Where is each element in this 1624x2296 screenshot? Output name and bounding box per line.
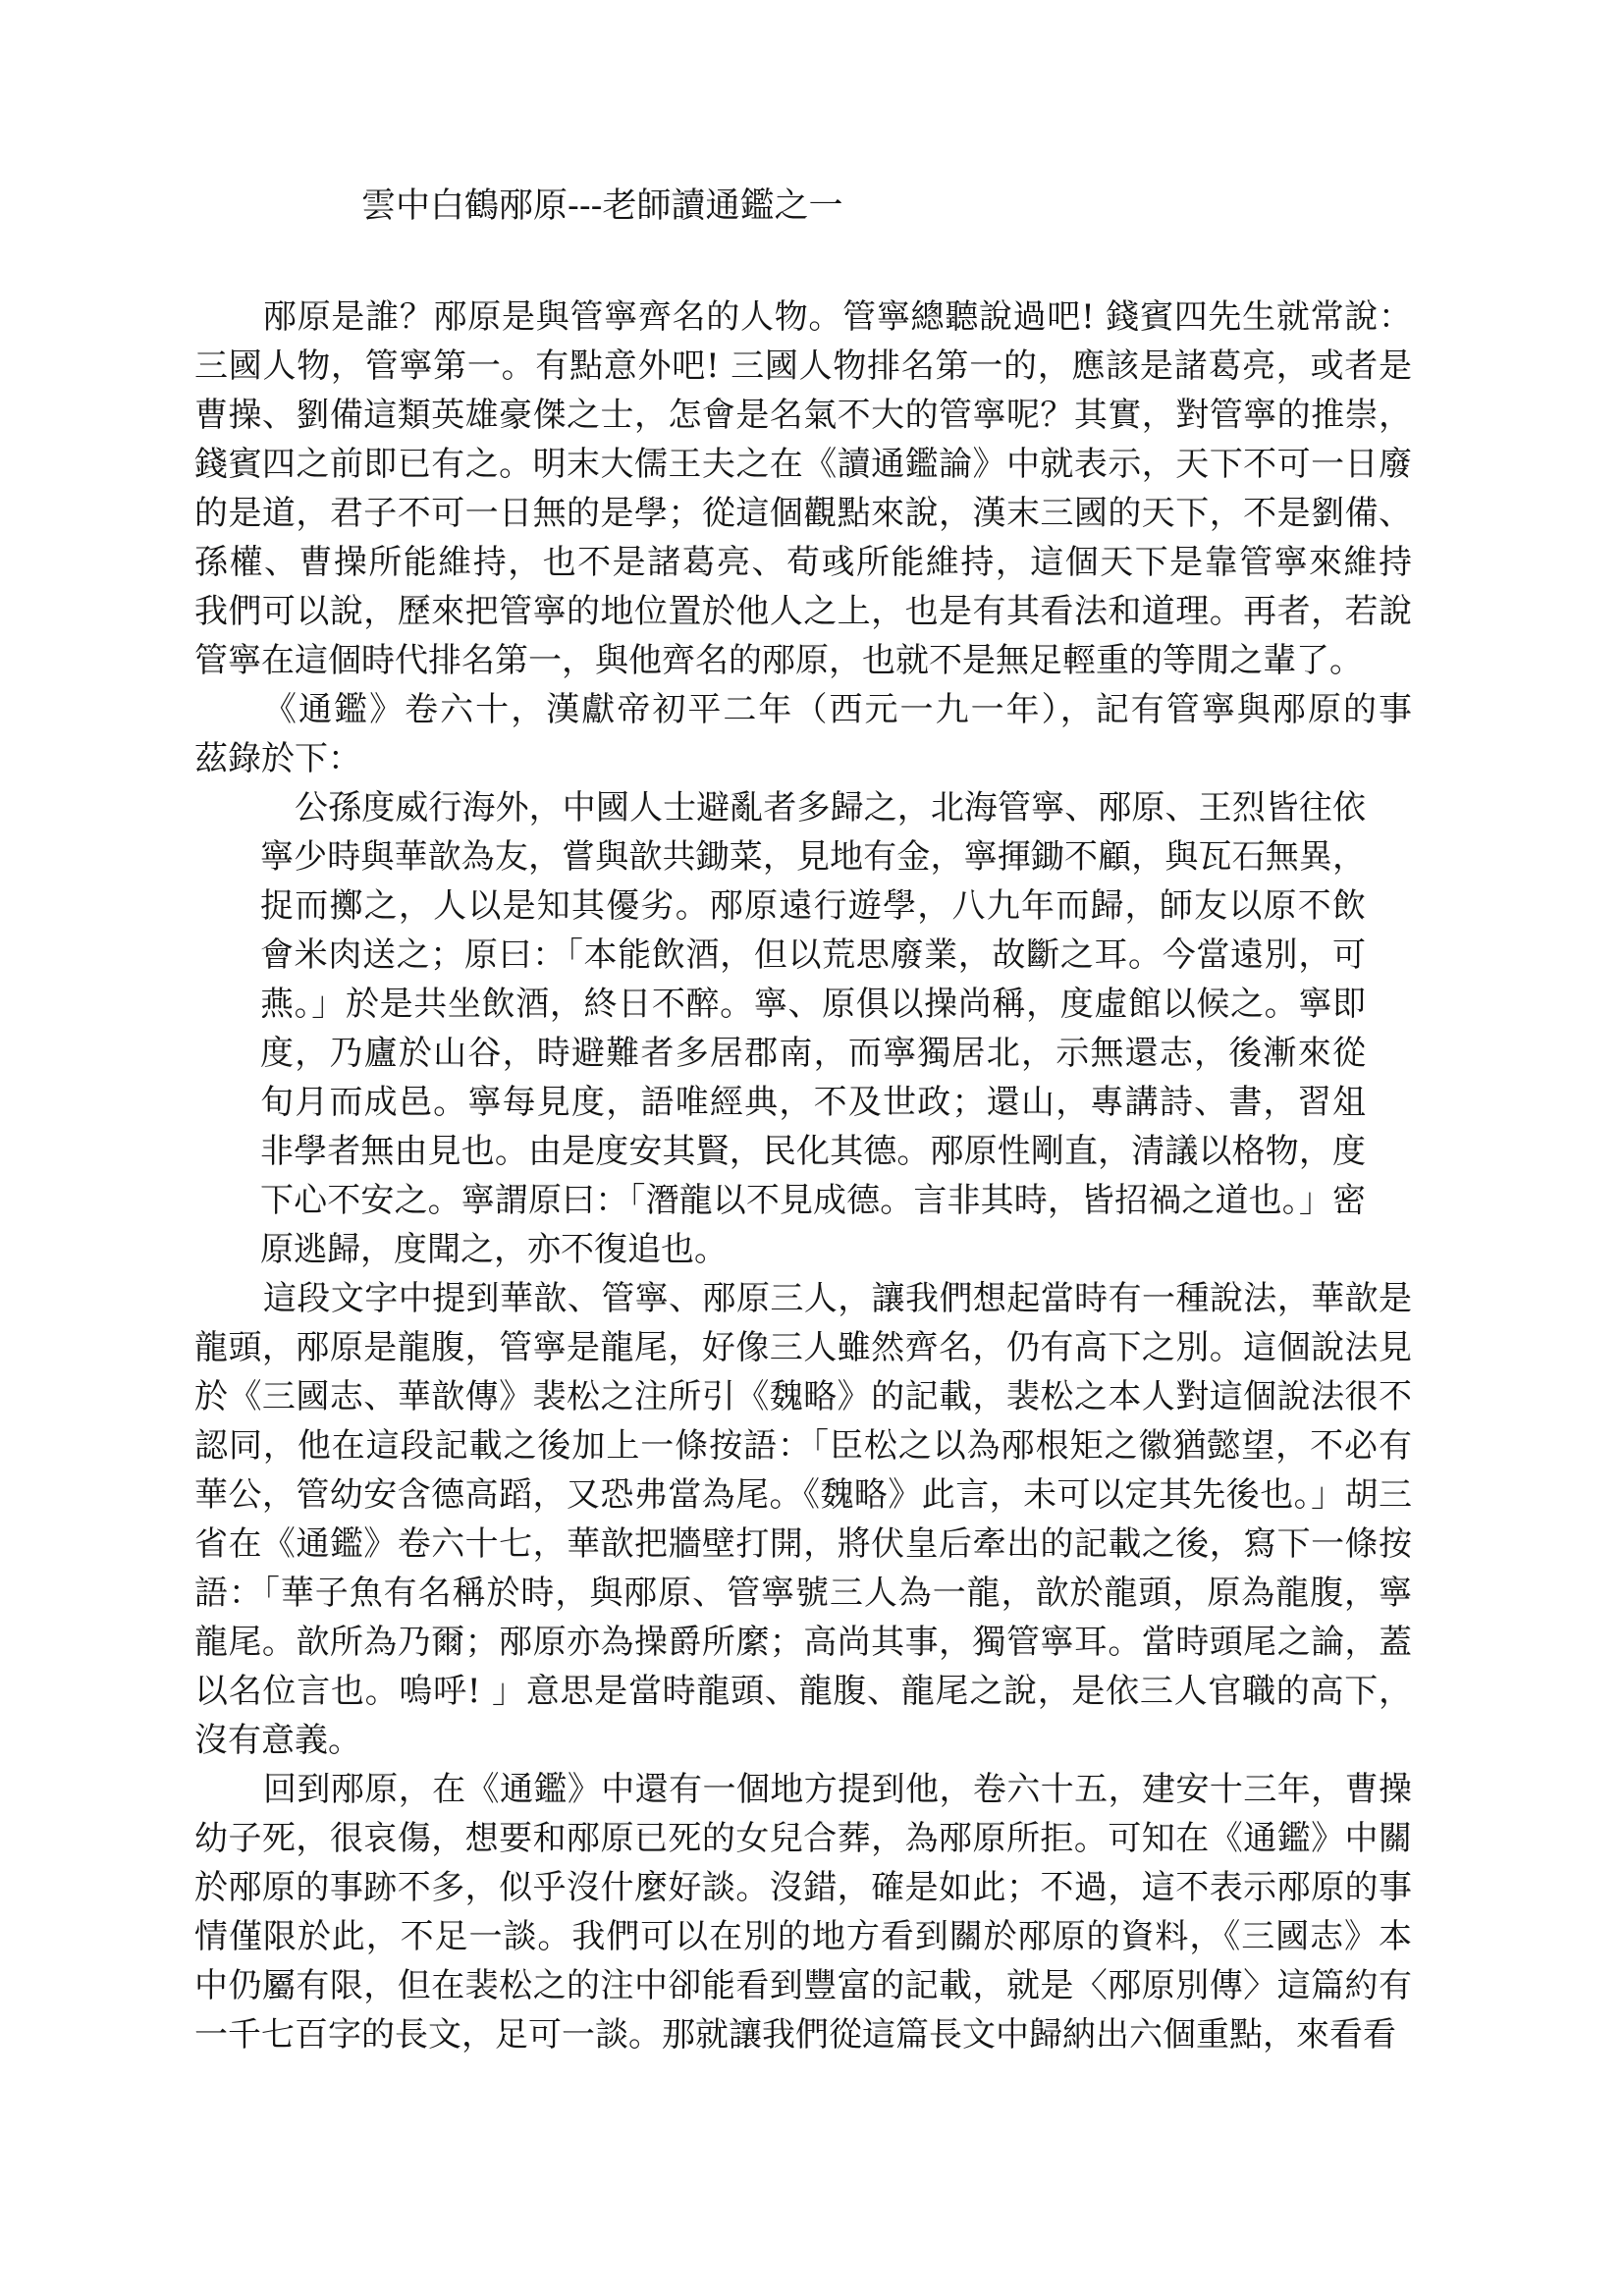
text-line: 於邴原的事跡不多，似乎沒什麼好談。沒錯，確是如此；不過，這不表示邴原的事 — [194, 1863, 1412, 1912]
text-line: 語：「華子魚有名稱於時，與邴原、管寧號三人為一龍，歆於龍頭，原為龍腹，寧為 — [194, 1569, 1412, 1618]
text-line: 寧少時與華歆為友，嘗與歆共鋤菜，見地有金，寧揮鋤不顧，與瓦石無異，歆 — [260, 832, 1366, 881]
quote-block-tongjian: 公孫度威行海外，中國人士避亂者多歸之，北海管寧、邴原、王烈皆往依焉。 寧少時與華… — [194, 783, 1412, 1274]
text-line: 一千七百字的長文，足可一談。那就讓我們從這篇長文中歸納出六個重點，來看看 — [194, 2010, 1412, 2059]
text-line: 於《三國志、華歆傳》裴松之注所引《魏略》的記載，裴松之本人對這個說法很不 — [194, 1372, 1412, 1421]
text-line: 龍頭，邴原是龍腹，管寧是龍尾，好像三人雖然齊名，仍有高下之別。這個說法見 — [194, 1323, 1412, 1372]
text-line: 茲錄於下： — [194, 734, 1412, 783]
text-line: 《通鑑》卷六十，漢獻帝初平二年（西元一九一年），記有管寧與邴原的事情， — [194, 685, 1412, 734]
text-line: 原逃歸，度聞之，亦不復追也。 — [260, 1225, 1366, 1274]
text-line: 公孫度威行海外，中國人士避亂者多歸之，北海管寧、邴原、王烈皆往依焉。 — [260, 783, 1366, 832]
text-line: 邴原是誰？邴原是與管寧齊名的人物。管寧總聽說過吧! 錢賓四先生就常說： — [194, 293, 1412, 342]
text-line: 捉而擲之，人以是知其優劣。邴原遠行遊學，八九年而歸，師友以原不飲酒， — [260, 881, 1366, 931]
text-line: 龍尾。歆所為乃爾；邴原亦為操爵所縻；高尚其事，獨管寧耳。當時頭尾之論，蓋 — [194, 1618, 1412, 1667]
text-line: 燕。」於是共坐飲酒，終日不醉。寧、原俱以操尚稱，度虛館以候之。寧即見 — [260, 980, 1366, 1029]
text-line: 認同，他在這段記載之後加上一條按語：「臣松之以為邴根矩之徽猶懿望，不必有愧 — [194, 1421, 1412, 1470]
text-line: 度，乃廬於山谷，時避難者多居郡南，而寧獨居北，示無還志，後漸來從之， — [260, 1029, 1366, 1078]
text-line: 曹操、劉備這類英雄豪傑之士，怎會是名氣不大的管寧呢？其實，對管寧的推崇， — [194, 391, 1412, 440]
text-line: 我們可以說，歷來把管寧的地位置於他人之上，也是有其看法和道理。再者，若說 — [194, 587, 1412, 636]
text-line: 會米肉送之；原曰：「本能飲酒，但以荒思廢業，故斷之耳。今當遠別，可一飲 — [260, 931, 1366, 980]
text-line: 沒有意義。 — [194, 1716, 1412, 1765]
paragraph-intro: 邴原是誰？邴原是與管寧齊名的人物。管寧總聽說過吧! 錢賓四先生就常說： 三國人物… — [194, 293, 1412, 685]
paragraph-back-to-bingyuan: 回到邴原，在《通鑑》中還有一個地方提到他，卷六十五，建安十三年，曹操 幼子死，很… — [194, 1765, 1412, 2059]
text-line: 旬月而成邑。寧每見度，語唯經典，不及世政；還山，專講詩、書，習俎豆， — [260, 1078, 1366, 1127]
text-line: 下心不安之。寧謂原曰：「潛龍以不見成德。言非其時，皆招禍之道也。」密遣 — [260, 1176, 1366, 1225]
text-line: 這段文字中提到華歆、管寧、邴原三人，讓我們想起當時有一種說法，華歆是 — [194, 1274, 1412, 1323]
text-line: 中仍屬有限，但在裴松之的注中卻能看到豐富的記載，就是〈邴原別傳〉這篇約有 — [194, 1961, 1412, 2010]
text-line: 幼子死，很哀傷，想要和邴原已死的女兒合葬，為邴原所拒。可知在《通鑑》中關 — [194, 1814, 1412, 1863]
text-line: 省在《通鑑》卷六十七，華歆把牆壁打開，將伏皇后牽出的記載之後，寫下一條按 — [194, 1520, 1412, 1569]
text-line: 的是道，君子不可一日無的是學；從這個觀點來說，漢末三國的天下，不是劉備、 — [194, 489, 1412, 538]
text-line: 情僅限於此，不足一談。我們可以在別的地方看到關於邴原的資料，《三國志》本文 — [194, 1912, 1412, 1961]
document-page: 雲中白鶴邴原---老師讀通鑑之一 邴原是誰？邴原是與管寧齊名的人物。管寧總聽說過… — [0, 0, 1624, 2296]
paragraph-lead-in: 《通鑑》卷六十，漢獻帝初平二年（西元一九一年），記有管寧與邴原的事情， 茲錄於下… — [194, 685, 1412, 783]
doc-title: 雲中白鶴邴原---老師讀通鑑之一 — [361, 185, 842, 228]
text-line: 回到邴原，在《通鑑》中還有一個地方提到他，卷六十五，建安十三年，曹操 — [194, 1765, 1412, 1814]
text-line: 華公，管幼安含德高蹈，又恐弗當為尾。《魏略》此言，未可以定其先後也。」胡三 — [194, 1470, 1412, 1520]
text-line: 錢賓四之前即已有之。明末大儒王夫之在《讀通鑑論》中就表示，天下不可一日廢 — [194, 440, 1412, 489]
doc-body: 邴原是誰？邴原是與管寧齊名的人物。管寧總聽說過吧! 錢賓四先生就常說： 三國人物… — [194, 293, 1412, 2059]
text-line: 管寧在這個時代排名第一，與他齊名的邴原，也就不是無足輕重的等閒之輩了。 — [194, 636, 1412, 685]
paragraph-dragon-commentary: 這段文字中提到華歆、管寧、邴原三人，讓我們想起當時有一種說法，華歆是 龍頭，邴原… — [194, 1274, 1412, 1765]
text-line: 三國人物，管寧第一。有點意外吧! 三國人物排名第一的，應該是諸葛亮，或者是 — [194, 342, 1412, 391]
text-line: 非學者無由見也。由是度安其賢，民化其德。邴原性剛直，清議以格物，度以 — [260, 1127, 1366, 1176]
text-line: 孫權、曹操所能維持，也不是諸葛亮、荀彧所能維持，這個天下是靠管寧來維持的。 — [194, 538, 1412, 587]
text-line: 以名位言也。嗚呼! 」意思是當時龍頭、龍腹、龍尾之說，是依三人官職的高下， — [194, 1667, 1412, 1716]
